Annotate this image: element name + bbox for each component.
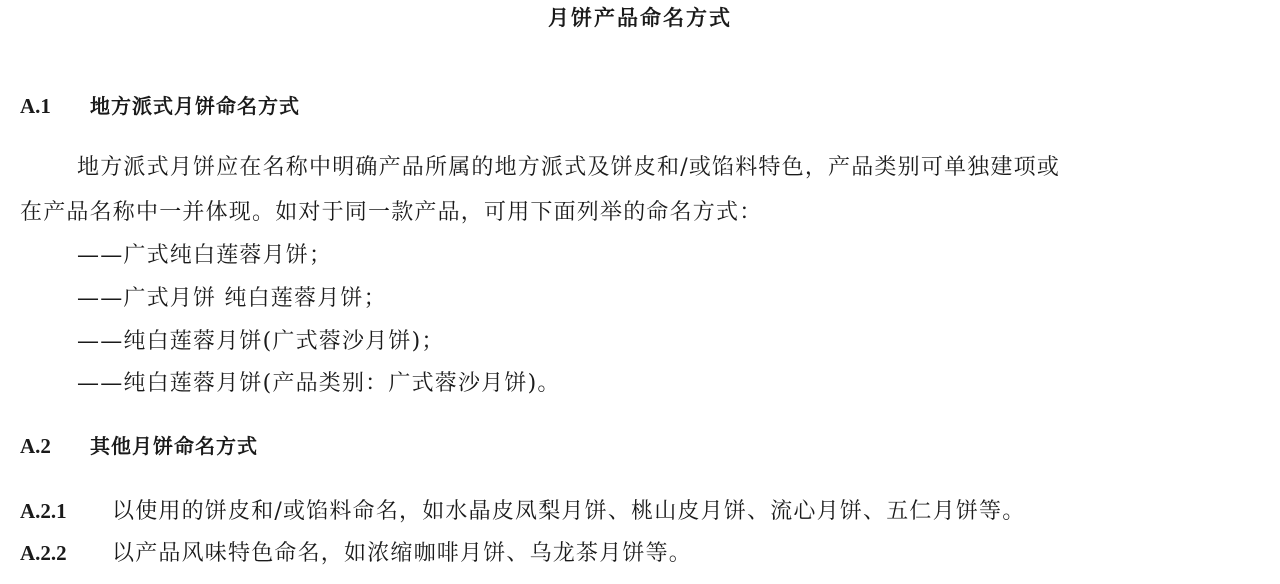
section-number: A.2 xyxy=(20,434,90,459)
section-title: 其他月饼命名方式 xyxy=(90,434,258,458)
subsection-text: 以使用的饼皮和/或馅料命名，如水晶皮凤梨月饼、桃山皮月饼、流心月饼、五仁月饼等。 xyxy=(112,499,1025,524)
subsection-number: A.2.2 xyxy=(20,541,112,566)
subsection-number: A.2.1 xyxy=(20,499,112,524)
document-title: 月饼产品命名方式 xyxy=(0,2,1280,32)
section-heading-a1: A.1地方派式月饼命名方式 xyxy=(20,90,300,119)
paragraph-line: 在产品名称中一并体现。如对于同一款产品，可用下面列举的命名方式： xyxy=(20,195,762,226)
list-item: ——纯白莲蓉月饼(广式蓉沙月饼)； xyxy=(77,324,445,355)
section-title: 地方派式月饼命名方式 xyxy=(90,94,300,118)
list-item: ——广式月饼 纯白莲蓉月饼； xyxy=(77,281,387,312)
section-heading-a2: A.2其他月饼命名方式 xyxy=(20,430,258,459)
subsection-a2-1: A.2.1以使用的饼皮和/或馅料命名，如水晶皮凤梨月饼、桃山皮月饼、流心月饼、五… xyxy=(20,494,1025,525)
subsection-text: 以产品风味特色命名，如浓缩咖啡月饼、乌龙茶月饼等。 xyxy=(112,541,692,566)
list-item: ——纯白莲蓉月饼(产品类别：广式蓉沙月饼)。 xyxy=(77,366,561,397)
paragraph-line: 地方派式月饼应在名称中明确产品所属的地方派式及饼皮和/或馅料特色，产品类别可单独… xyxy=(77,150,1060,181)
list-item: ——广式纯白莲蓉月饼； xyxy=(77,238,332,269)
subsection-a2-2: A.2.2以产品风味特色命名，如浓缩咖啡月饼、乌龙茶月饼等。 xyxy=(20,536,692,567)
section-number: A.1 xyxy=(20,94,90,119)
